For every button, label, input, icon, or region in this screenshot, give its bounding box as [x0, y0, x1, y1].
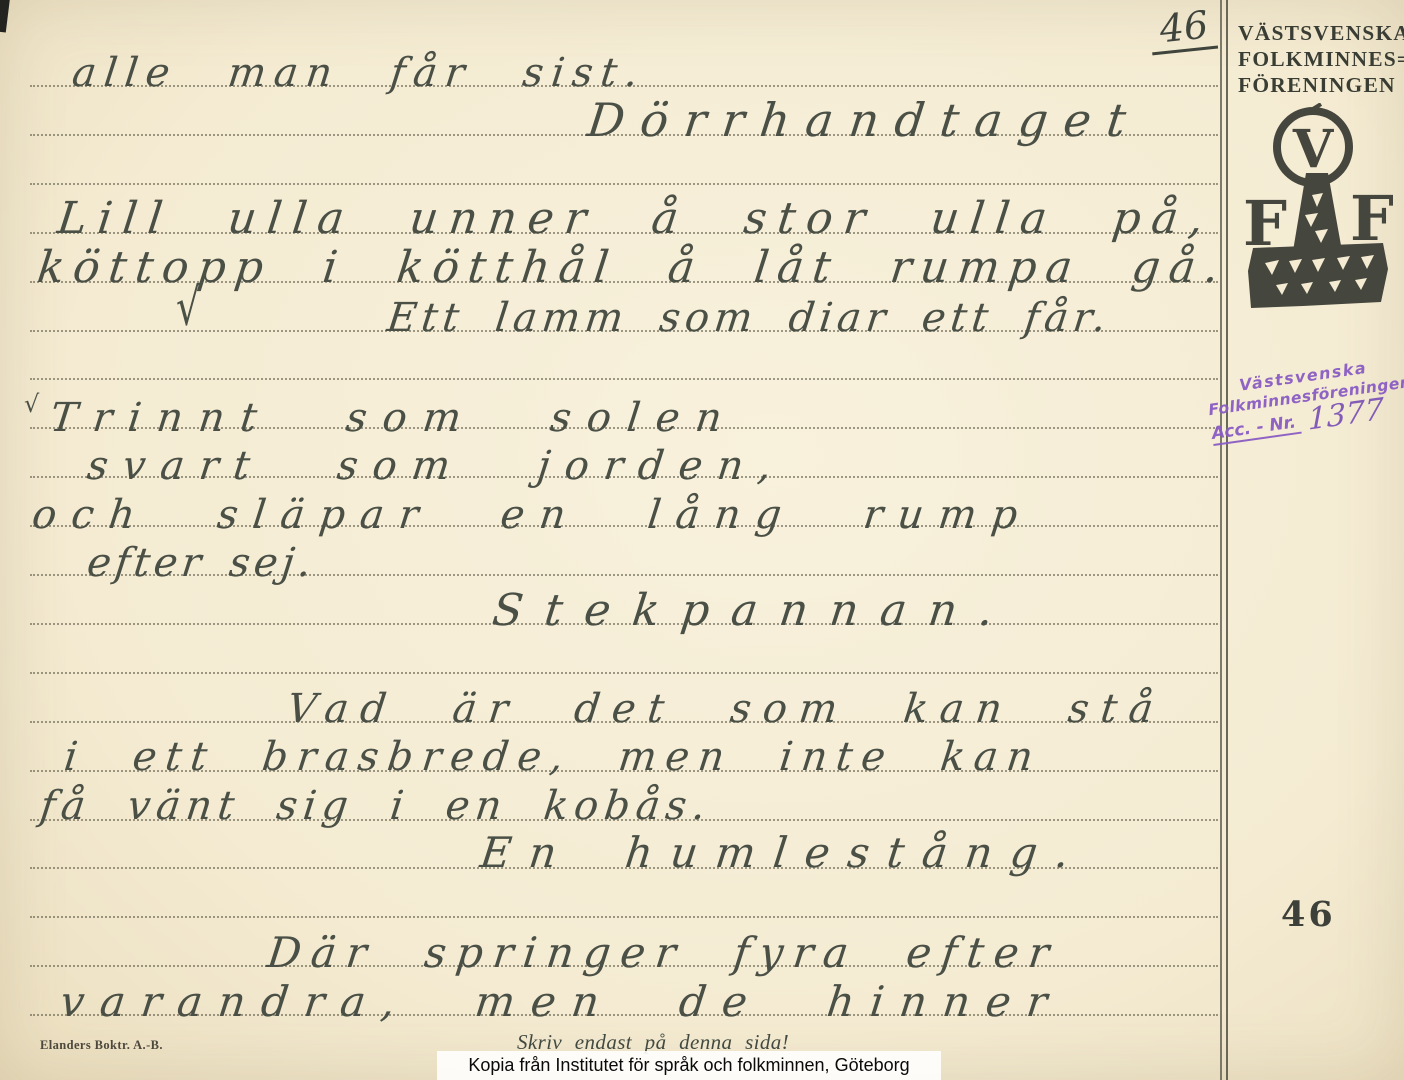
check-mark: √: [24, 392, 39, 416]
svg-text:V: V: [1292, 119, 1335, 180]
handwritten-page-number: 46: [1148, 5, 1219, 56]
org-name-line: FÖRENINGEN: [1238, 72, 1404, 98]
manuscript-line: köttopp i kötthål å låt rumpa gå.: [35, 246, 1230, 290]
manuscript-line: Dörrhandtaget: [585, 97, 1144, 143]
manuscript-line: efter sej.: [85, 543, 317, 583]
ruled-line: [30, 183, 1218, 185]
ruled-line: [30, 672, 1218, 674]
manuscript-line: och släpar en lång rump: [30, 495, 1035, 535]
manuscript-page: 46 alle man får sist. Dörrhandtaget Lill…: [0, 0, 1404, 1080]
org-name-line: VÄSTSVENSKA: [1238, 20, 1404, 46]
manuscript-line: i ett brasbrede, men inte kan: [62, 737, 1044, 777]
manuscript-line: Där springer fyra efter: [265, 932, 1061, 974]
svg-text:F: F: [1243, 187, 1287, 260]
stamped-page-number: 46: [1281, 897, 1336, 932]
scan-corner-shadow: [0, 0, 10, 33]
ruled-line: [30, 916, 1218, 918]
manuscript-line: få vänt sig i en kobås.: [38, 786, 714, 826]
manuscript-line: En humlestång.: [478, 832, 1089, 874]
copy-notice-bar: Kopia från Institutet för språk och folk…: [437, 1051, 941, 1080]
manuscript-line: Vad är det som kan stå: [285, 689, 1167, 729]
manuscript-line: Ett lamm som diar ett får.: [385, 298, 1113, 338]
svg-text:F: F: [1350, 182, 1393, 255]
acc-nr-handwritten: 1377: [1308, 398, 1384, 433]
ruled-line: [30, 378, 1218, 380]
manuscript-line: Lill ulla unner å stor ulla på,: [55, 197, 1217, 241]
vff-logo: V F F: [1243, 103, 1393, 318]
margin-divider-rule: [1220, 0, 1228, 1080]
manuscript-line: Trinnt som solen: [48, 398, 740, 438]
manuscript-line: alle man får sist.: [70, 53, 648, 93]
org-name-line: FOLKMINNES=: [1238, 46, 1404, 72]
organisation-name: VÄSTSVENSKA FOLKMINNES= FÖRENINGEN: [1238, 20, 1404, 99]
manuscript-line: svart som jorden,: [85, 446, 788, 486]
manuscript-line: varandra, men de hinner: [58, 981, 1065, 1023]
check-mark: √: [176, 281, 200, 332]
thors-hammer-icon: V F F: [1243, 103, 1393, 318]
printer-credit: Elanders Boktr. A.-B.: [40, 1038, 163, 1053]
copy-notice: Kopia från Institutet för språk och folk…: [468, 1055, 909, 1076]
manuscript-line: Stekpannan.: [490, 589, 1018, 633]
accession-stamp: Västsvenska Folkminnesföreningen Acc. - …: [1204, 352, 1404, 446]
